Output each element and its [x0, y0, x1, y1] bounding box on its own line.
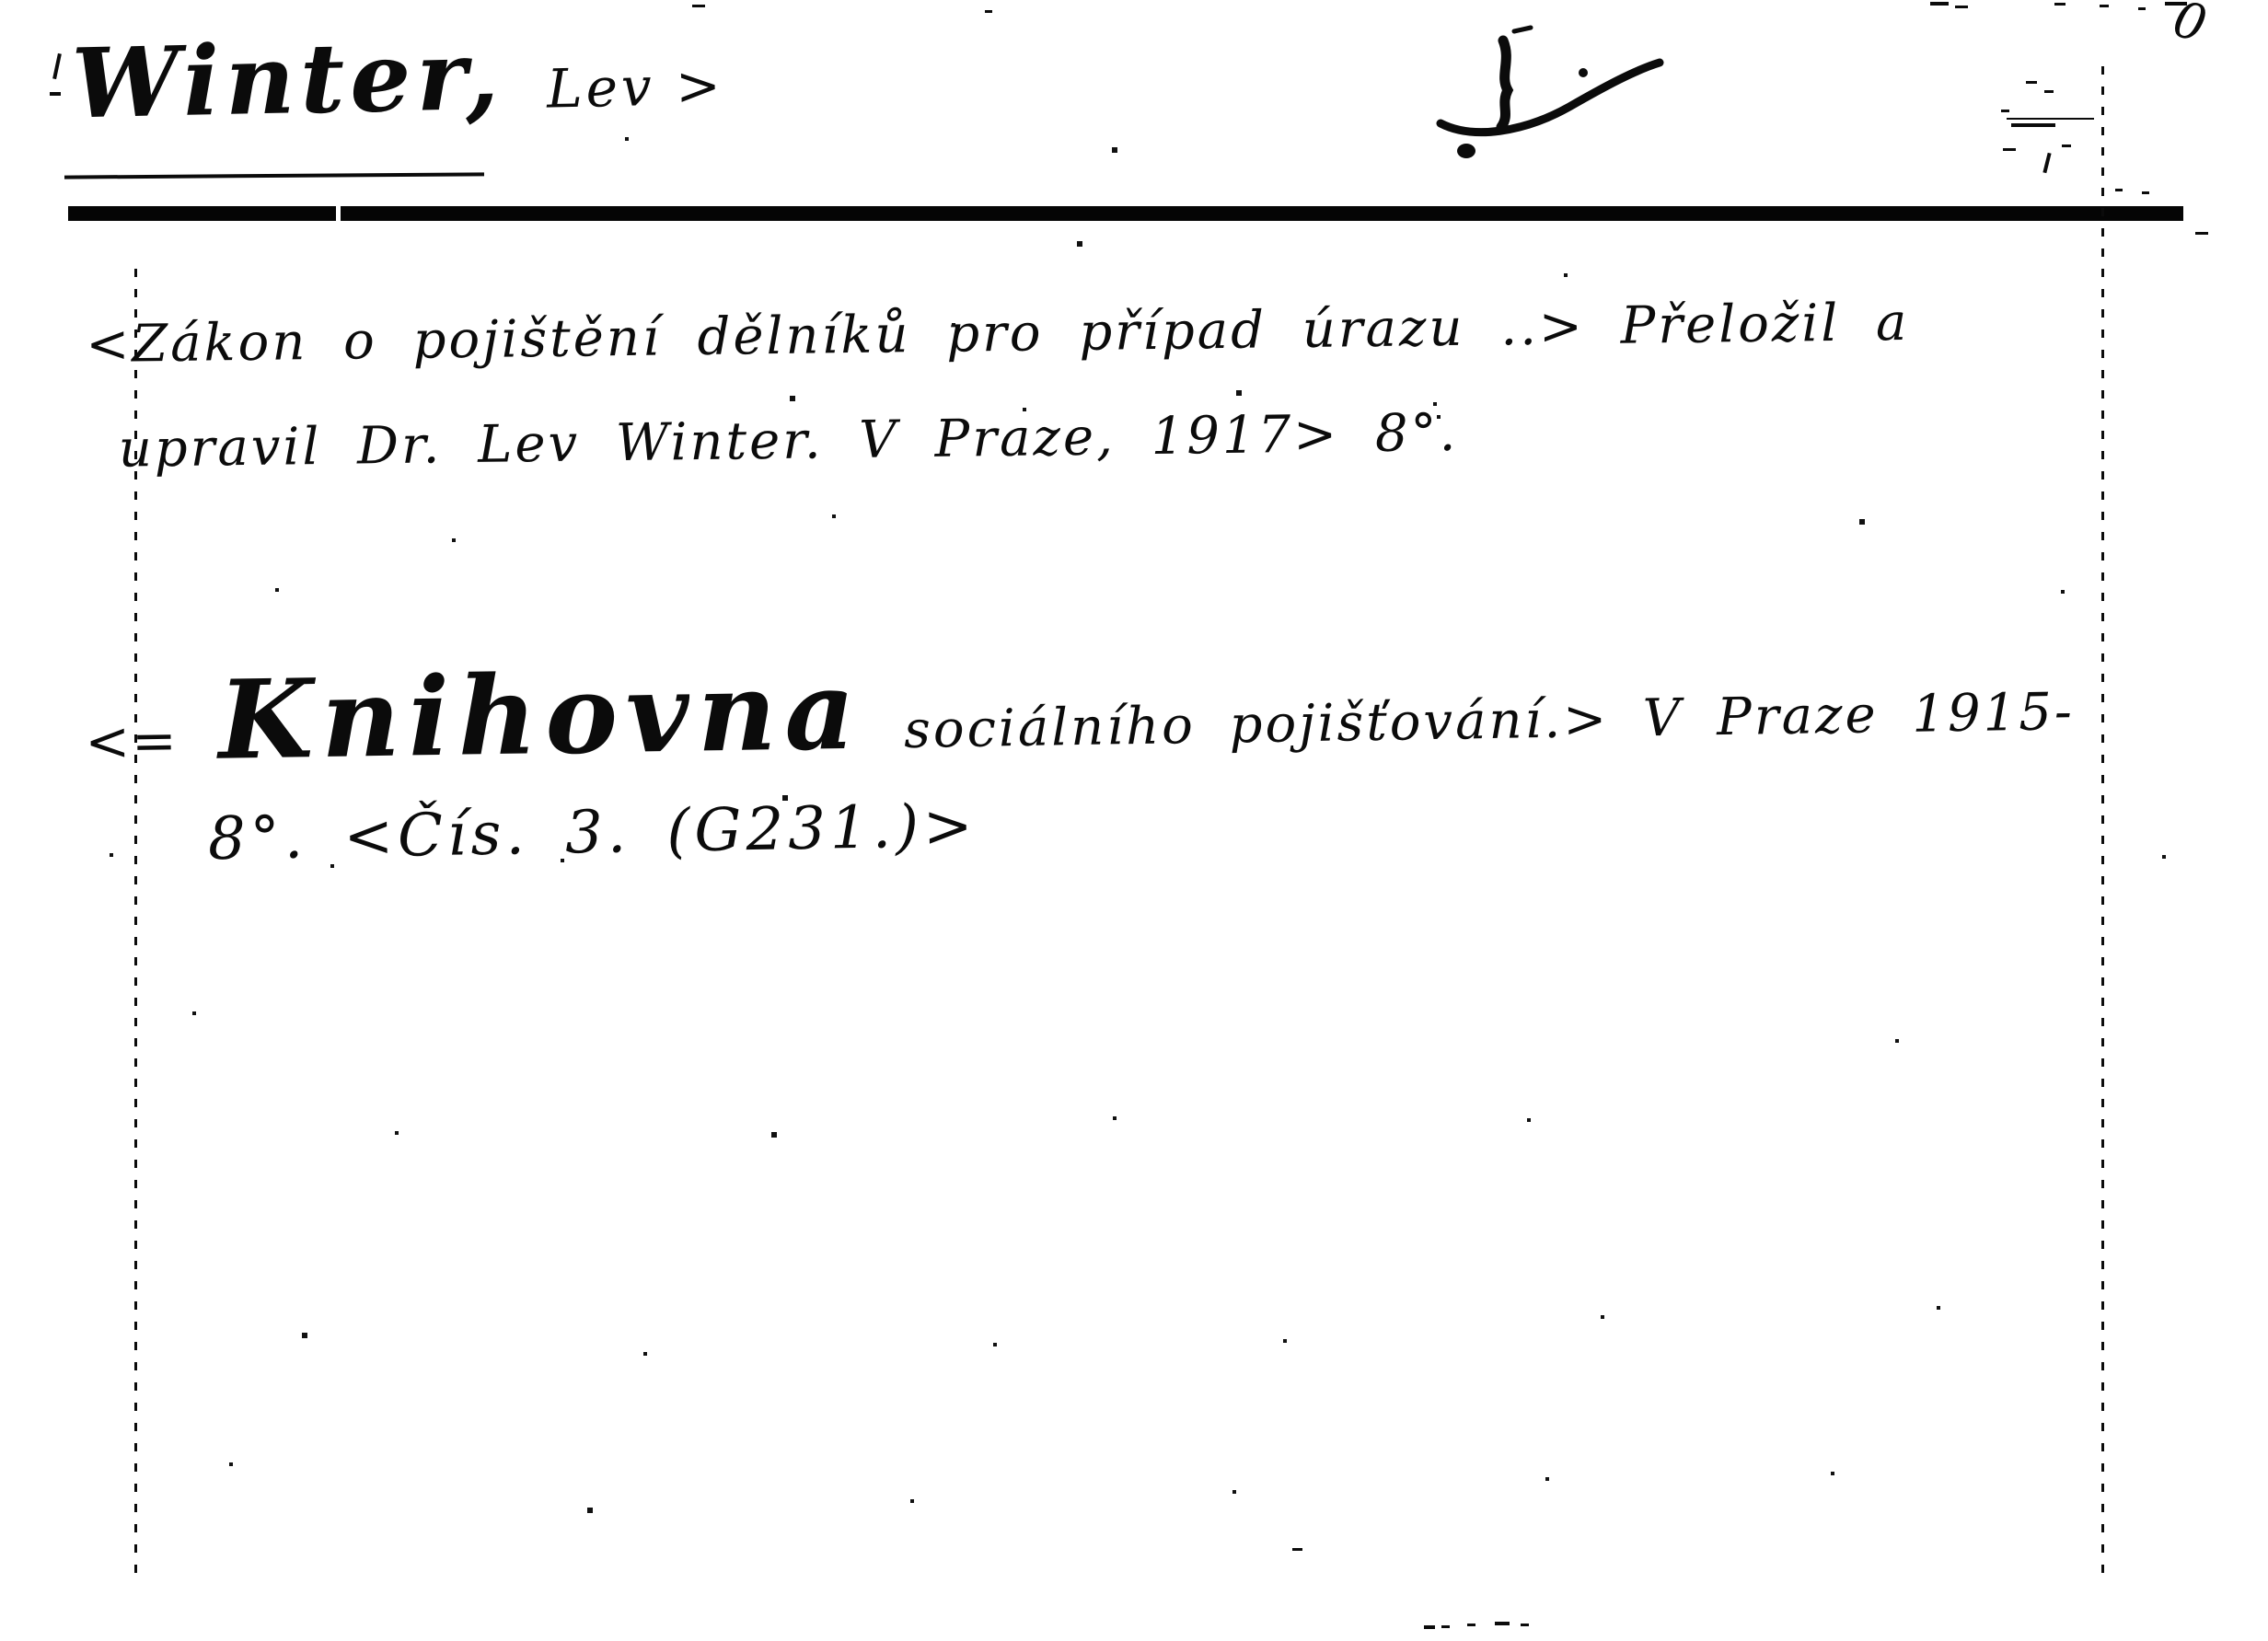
series-number-line: 8°. <Čís. 3. (G231.)>	[207, 792, 978, 874]
scan-dash	[985, 10, 992, 13]
scan-dash	[2100, 5, 2109, 7]
scan-dash	[2138, 7, 2146, 10]
author-heading: Winter, Lev >	[71, 14, 725, 141]
scan-dash	[1495, 1622, 1510, 1625]
entry-line-1: <Zákon o pojištění dělníků pro případ úr…	[86, 271, 1910, 398]
scan-dash	[2062, 144, 2071, 147]
right-margin-dotted-line	[2101, 66, 2104, 1583]
series-statement: <= Knihovna sociálního pojišťování.> V P…	[84, 627, 2075, 786]
series-title: Knihovna	[217, 646, 864, 784]
scan-noise-specks	[0, 0, 2, 2]
scan-dash	[1424, 1625, 1435, 1629]
scan-dash	[2195, 232, 2208, 235]
margin-tick	[52, 53, 62, 79]
header-rule	[68, 206, 2183, 221]
left-margin-dotted-line	[134, 269, 137, 1579]
scan-dash	[2044, 90, 2054, 93]
scan-dash	[1930, 2, 1949, 6]
series-open-mark: <=	[85, 709, 179, 773]
header-rule-gap	[336, 204, 341, 223]
scan-dash	[2011, 123, 2055, 127]
scan-dash	[2026, 81, 2037, 84]
author-surname: Winter,	[71, 18, 505, 141]
author-given-name: Lev >	[546, 54, 724, 121]
scan-dash	[1521, 1624, 1529, 1626]
check-mark-icon	[1422, 20, 1680, 163]
scan-dash	[2142, 191, 2149, 194]
series-subtitle: sociálního pojišťování.> V Praze 1915-	[904, 682, 2076, 760]
scan-dash	[1467, 1624, 1475, 1626]
catalog-card: Winter, Lev > 0 <Zákon o pojištění dělní…	[0, 0, 2268, 1641]
entry-line-2: upravil Dr. Lev Winter. V Praze, 1917> 8…	[87, 376, 1911, 503]
scan-dash	[2001, 110, 2009, 112]
corner-digit: 0	[2168, 0, 2213, 53]
scan-dash	[2165, 2, 2187, 6]
scan-dash	[2115, 189, 2123, 191]
scan-dash	[1955, 6, 1968, 8]
scan-dash	[2042, 153, 2051, 173]
heading-underline	[64, 172, 484, 179]
scan-dash	[2003, 148, 2016, 151]
scan-dash	[2054, 3, 2065, 6]
scan-dash	[1441, 1625, 1450, 1628]
scan-dash	[692, 5, 705, 7]
entry-text: <Zákon o pojištění dělníků pro případ úr…	[86, 271, 1912, 503]
scan-dash	[1292, 1548, 1302, 1551]
scan-dash	[2007, 118, 2094, 120]
margin-tick	[50, 92, 61, 96]
